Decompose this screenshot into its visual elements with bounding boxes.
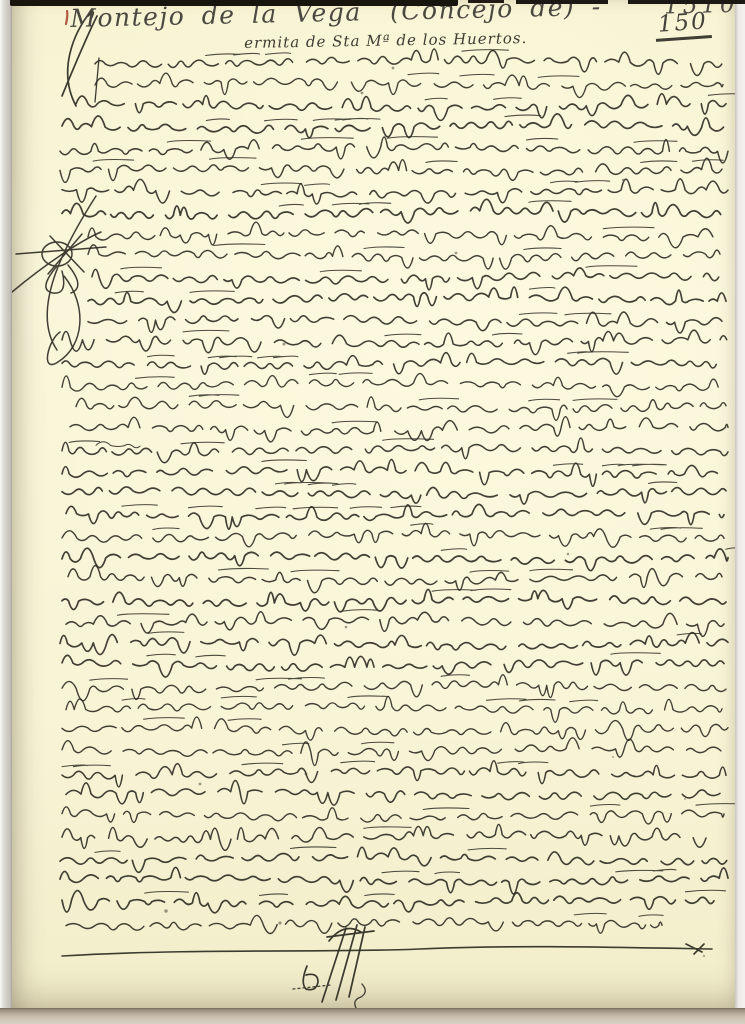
abbreviation-mark — [262, 460, 666, 466]
ink-speck — [455, 252, 458, 255]
abbreviation-mark — [283, 742, 394, 745]
abbreviation-mark — [574, 913, 663, 916]
handwriting-line — [95, 49, 722, 75]
abbreviation-mark — [145, 890, 726, 895]
ink-speck — [612, 756, 614, 758]
abbreviation-mark — [62, 761, 548, 767]
ink-speck — [392, 67, 395, 70]
handwriting-line — [88, 312, 722, 333]
abbreviation-mark — [206, 115, 540, 121]
abbreviation-mark — [364, 827, 411, 829]
scan-edge-top — [628, 0, 745, 4]
closing-rubric — [62, 944, 712, 956]
abbreviation-mark — [432, 589, 511, 591]
ink-speck — [278, 921, 281, 924]
handwriting-line — [62, 330, 727, 354]
abbreviation-mark — [603, 227, 654, 229]
handwriting-line — [60, 847, 727, 872]
abbreviation-mark — [115, 288, 555, 293]
abbreviation-mark — [219, 568, 573, 572]
abbreviation-mark — [148, 352, 629, 358]
scan-edge-left — [0, 0, 12, 1024]
handwriting-line — [66, 781, 720, 806]
handwriting-line — [66, 697, 722, 723]
scan-edge-top — [468, 0, 504, 3]
handwriting-line — [66, 504, 724, 529]
handwriting-line — [62, 460, 717, 487]
ink-speck — [345, 626, 348, 629]
abbreviation-mark — [136, 373, 373, 378]
abbreviation-mark — [423, 804, 745, 810]
handwriting-line — [62, 761, 726, 787]
body-handwriting — [60, 49, 745, 934]
scan-edge-right — [735, 0, 745, 1024]
handwriting-line — [92, 268, 719, 290]
abbreviation-mark — [332, 421, 377, 423]
folio-number: 150 — [654, 8, 712, 42]
scan-edge-top — [516, 0, 608, 4]
handwriting-line — [62, 738, 721, 766]
abbreviation-mark — [189, 395, 617, 401]
ink-speck — [164, 909, 167, 912]
handwriting-line — [62, 675, 726, 701]
handwriting-line — [62, 114, 724, 138]
notary-monogram-icon — [293, 925, 374, 1012]
handwriting-line — [76, 397, 726, 420]
abbreviation-mark — [144, 718, 262, 721]
abbreviation-mark — [148, 632, 702, 635]
scanned-document: Montejo de la Vega (Concejo de) - 1510 e… — [0, 0, 745, 1024]
ink-speck — [703, 955, 705, 957]
handwriting-line — [95, 73, 723, 97]
abbreviation-mark — [214, 244, 561, 250]
handwriting-line — [66, 612, 724, 637]
abbreviation-mark — [183, 330, 522, 335]
handwriting-line — [62, 548, 728, 570]
abbreviation-mark — [441, 548, 745, 551]
handwriting-line — [62, 438, 728, 463]
handwriting-line — [62, 655, 724, 677]
handwriting-line — [88, 287, 726, 312]
abbreviation-mark — [382, 869, 676, 873]
handwriting-svg — [0, 0, 745, 1024]
handwriting-line — [68, 566, 722, 593]
handwriting-line — [62, 807, 724, 824]
abbreviation-mark — [122, 505, 421, 509]
abbreviation-mark — [121, 266, 637, 272]
handwriting-line — [88, 222, 713, 248]
ink-speck — [305, 773, 308, 776]
abbreviation-mark — [69, 439, 434, 444]
scan-edge-bottom — [0, 1008, 745, 1024]
abbreviation-mark — [90, 675, 470, 680]
ink-speck — [684, 798, 686, 800]
handwriting-line — [62, 487, 726, 504]
handwriting-line — [62, 589, 726, 611]
abbreviation-mark — [95, 847, 506, 852]
handwriting-line — [62, 353, 716, 375]
handwriting-line — [62, 179, 728, 204]
handwriting-line — [62, 825, 706, 851]
ink-speck — [361, 92, 364, 95]
abbreviation-mark — [147, 653, 661, 657]
handwriting-line — [62, 524, 724, 548]
ink-speck — [567, 553, 570, 556]
red-tick-icon — [66, 11, 67, 24]
ink-speck — [283, 343, 286, 346]
handwriting-line — [96, 442, 140, 448]
abbreviation-mark — [276, 482, 677, 485]
handwriting-line — [76, 94, 726, 121]
ink-speck — [199, 783, 202, 786]
handwriting-line — [60, 158, 722, 182]
abbreviation-mark — [520, 313, 612, 315]
scan-edge-top — [10, 0, 458, 6]
handwriting-line — [60, 137, 728, 163]
abbreviation-mark — [261, 181, 610, 186]
abbreviation-mark — [408, 73, 579, 77]
ink-speck — [622, 179, 624, 181]
abbreviation-mark — [167, 137, 677, 143]
abbreviation-mark — [425, 94, 744, 100]
abbreviation-mark — [93, 158, 723, 163]
ink-specks — [164, 67, 705, 957]
handwriting-line — [70, 417, 728, 442]
abbreviation-mark — [122, 696, 598, 702]
handwriting-line — [60, 633, 728, 656]
handwriting-line — [62, 717, 728, 740]
margin-flourish-icon — [12, 196, 106, 365]
